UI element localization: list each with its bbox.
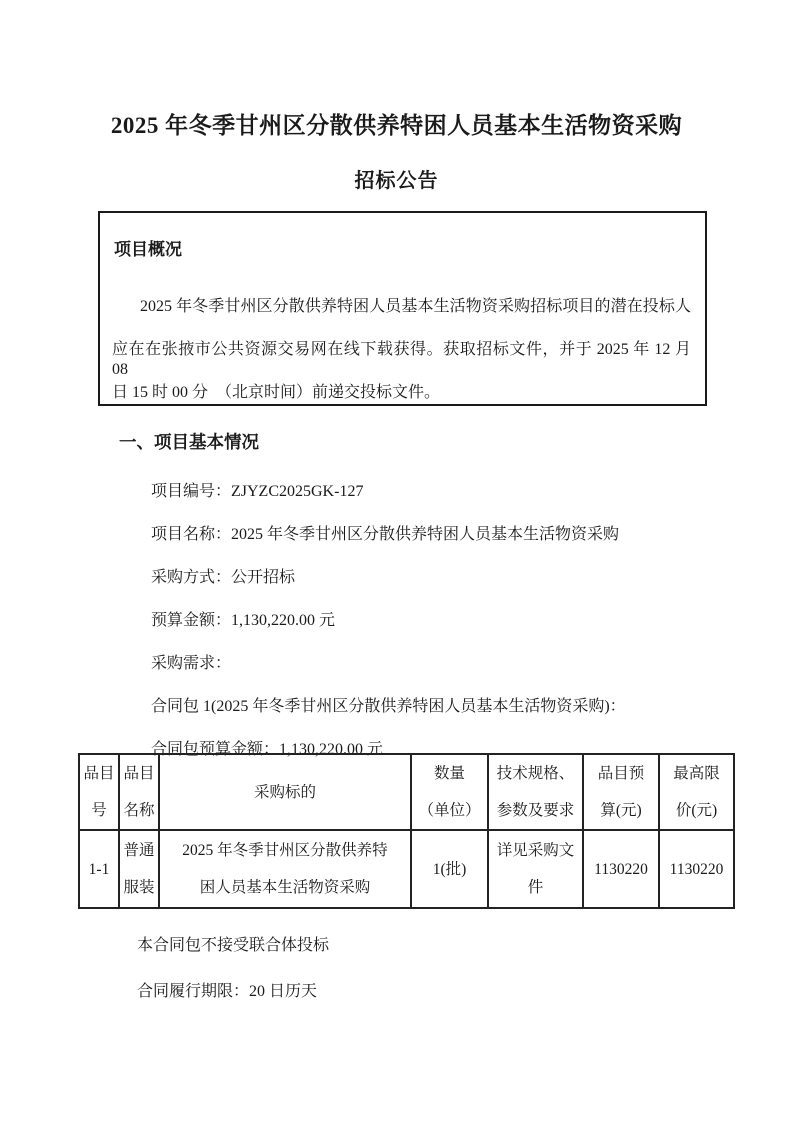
header-max-price-limit: 最高限 价(元)	[659, 754, 734, 830]
cell-item-name: 普通 服装	[119, 830, 159, 908]
info-line-project-number: 项目编号：ZJYZC2025GK-127	[151, 478, 363, 501]
overview-paragraph-line-1: 2025 年冬季甘州区分散供养特困人员基本生活物资采购招标项目的潜在投标人	[112, 297, 691, 317]
document-page: 2025 年冬季甘州区分散供养特困人员基本生活物资采购 招标公告 项目概况 20…	[0, 0, 793, 1122]
note-contract-performance-period: 合同履行期限：20 日历天	[137, 978, 317, 1001]
overview-heading: 项目概况	[114, 235, 182, 260]
section-heading-basic-info: 一、项目基本情况	[119, 429, 259, 454]
cell-item-number: 1-1	[79, 830, 119, 908]
procurement-items-table: 品目 号 品目 名称 采购标的 数量 （单位） 技术规格、 参数及要求 品目预 …	[78, 753, 735, 909]
table-row: 1-1 普通 服装 2025 年冬季甘州区分散供养特 困人员基本生活物资采购 1…	[79, 830, 734, 908]
overview-paragraph-line-3: 日 15 时 00 分 （北京时间）前递交投标文件。	[112, 383, 691, 403]
info-line-budget-amount: 预算金额：1,130,220.00 元	[151, 607, 335, 630]
note-no-consortium-bids: 本合同包不接受联合体投标	[137, 932, 329, 955]
header-tech-spec-requirements: 技术规格、 参数及要求	[488, 754, 583, 830]
table-header-row: 品目 号 品目 名称 采购标的 数量 （单位） 技术规格、 参数及要求 品目预 …	[79, 754, 734, 830]
header-item-number: 品目 号	[79, 754, 119, 830]
header-item-budget: 品目预 算(元)	[583, 754, 659, 830]
info-line-procurement-demand: 采购需求：	[151, 650, 231, 673]
page-subtitle: 招标公告	[0, 164, 793, 193]
project-overview-box: 项目概况 2025 年冬季甘州区分散供养特困人员基本生活物资采购招标项目的潜在投…	[98, 211, 707, 406]
cell-item-budget: 1130220	[583, 830, 659, 908]
cell-tech-spec: 详见采购文 件	[488, 830, 583, 908]
cell-quantity-unit: 1(批)	[411, 830, 488, 908]
info-line-contract-package: 合同包 1(2025 年冬季甘州区分散供养特困人员基本生活物资采购)：	[151, 693, 626, 716]
header-quantity-unit: 数量 （单位）	[411, 754, 488, 830]
header-procurement-subject: 采购标的	[159, 754, 411, 830]
header-item-name: 品目 名称	[119, 754, 159, 830]
info-line-procurement-method: 采购方式：公开招标	[151, 564, 295, 587]
overview-paragraph-line-2: 应在在张掖市公共资源交易网在线下载获得。获取招标文件，并于 2025 年 12 …	[112, 340, 691, 380]
page-title: 2025 年冬季甘州区分散供养特困人员基本生活物资采购	[0, 107, 793, 140]
cell-procurement-subject: 2025 年冬季甘州区分散供养特 困人员基本生活物资采购	[159, 830, 411, 908]
cell-max-price-limit: 1130220	[659, 830, 734, 908]
info-line-project-name: 项目名称：2025 年冬季甘州区分散供养特困人员基本生活物资采购	[151, 521, 619, 544]
